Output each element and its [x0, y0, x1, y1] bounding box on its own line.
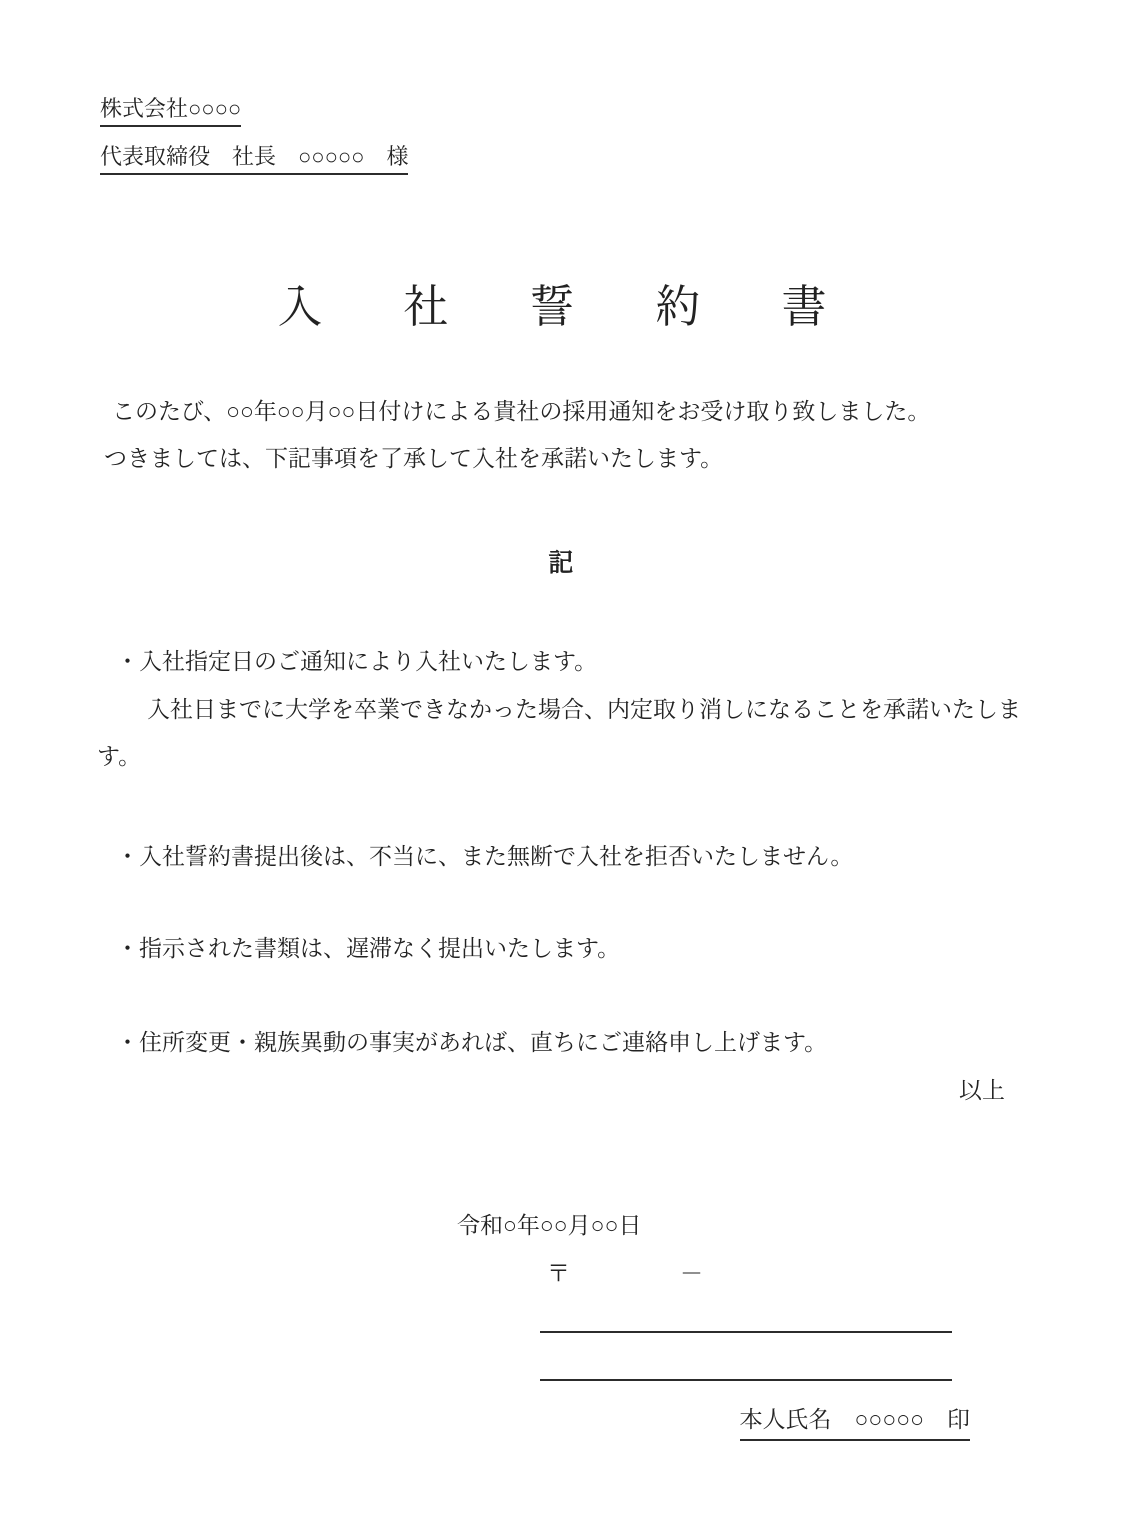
recipient-person: 代表取締役 社長 ○○○○○ 様 — [100, 144, 408, 175]
intro-line-2: つきましては、下記事項を了承して入社を承諾いたします。 — [104, 446, 723, 472]
pledge-item-3: ・指示された書類は、遅滞なく提出いたします。 — [116, 936, 620, 962]
blank-line-2 — [540, 1379, 952, 1381]
recipient-company: 株式会社○○○○ — [100, 96, 241, 127]
postal-mark-icon: 〒 — [547, 1261, 570, 1287]
pledge-item-1-line-2: 入社日までに大学を卒業できなかった場合、内定取り消しになることを承諾いたしま — [147, 697, 1021, 723]
intro-line-1: このたび、○○年○○月○○日付けによる貴社の採用通知をお受け取り致しました。 — [112, 399, 930, 425]
postal-separator-dash: － — [680, 1261, 703, 1287]
pledge-item-1-line-3: す。 — [97, 744, 141, 770]
closing-ijou: 以上 — [959, 1072, 1005, 1105]
date-line: 令和○年○○月○○日 — [457, 1213, 641, 1239]
record-heading: 記 — [0, 543, 1122, 579]
pledge-item-4: ・住所変更・親族異動の事実があれば、直ちにご連絡申し上げます。 — [116, 1030, 827, 1056]
pledge-item-2: ・入社誓約書提出後は、不当に、また無断で入社を拒否いたしません。 — [116, 844, 853, 870]
blank-line-1 — [540, 1331, 952, 1333]
pledge-item-1-line-1: ・入社指定日のご通知により入社いたします。 — [116, 649, 597, 675]
signature-name-seal: 本人氏名 ○○○○○ 印 — [740, 1401, 970, 1441]
document-title: 入 社 誓 約 書 — [0, 283, 1122, 333]
pledge-document-page: 株式会社○○○○ 代表取締役 社長 ○○○○○ 様 入 社 誓 約 書 このたび… — [0, 0, 1122, 1536]
